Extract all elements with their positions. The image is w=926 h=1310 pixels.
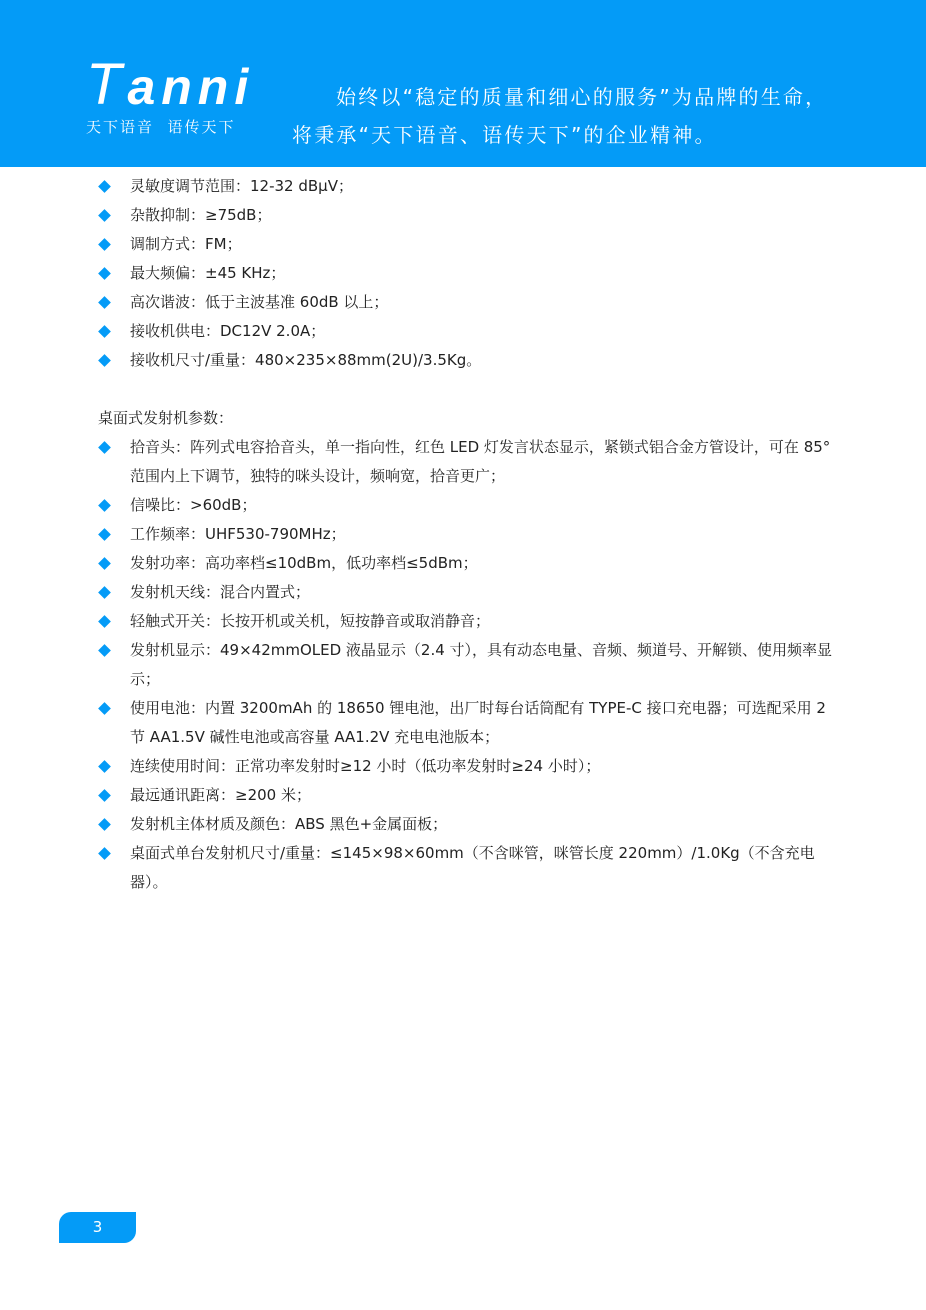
spec-item: 信噪比：>60dB；: [98, 491, 838, 520]
spec-text: 发射机天线：混合内置式；: [130, 583, 310, 601]
diamond-bullet-icon: [98, 789, 111, 802]
diamond-bullet-icon: [98, 818, 111, 831]
spec-text: 发射机主体材质及颜色：ABS 黑色+金属面板；: [130, 815, 447, 833]
diamond-bullet-icon: [98, 180, 111, 193]
spec-text: 最远通讯距离：≥200 米；: [130, 786, 311, 804]
spec-text: 工作频率：UHF530-790MHz；: [130, 525, 346, 543]
spec-text: 桌面式单台发射机尺寸/重量：≤145×98×60mm（不含咪管，咪管长度 220…: [130, 844, 815, 891]
diamond-bullet-icon: [98, 267, 111, 280]
diamond-bullet-icon: [98, 644, 111, 657]
spec-item: 发射机天线：混合内置式；: [98, 578, 838, 607]
diamond-bullet-icon: [98, 615, 111, 628]
spec-item: 最大频偏：±45 KHz；: [98, 259, 838, 288]
header-banner: Tanni 天下语音 语传天下 始终以“稳定的质量和细心的服务”为品牌的生命， …: [0, 0, 926, 167]
slogan-line-2: 将秉承“天下语音、语传天下”的企业精神。: [292, 119, 717, 148]
slogan-line-1: 始终以“稳定的质量和细心的服务”为品牌的生命，: [336, 81, 827, 110]
spec-text: 连续使用时间：正常功率发射时≥12 小时（低功率发射时≥24 小时）；: [130, 757, 600, 775]
spec-text: 接收机尺寸/重量：480×235×88mm(2U)/3.5Kg。: [130, 351, 481, 369]
spec-item: 发射机主体材质及颜色：ABS 黑色+金属面板；: [98, 810, 838, 839]
spec-text: 信噪比：>60dB；: [130, 496, 256, 514]
spec-text: 轻触式开关：长按开机或关机，短按静音或取消静音；: [130, 612, 490, 630]
spec-item: 最远通讯距离：≥200 米；: [98, 781, 838, 810]
logo-tagline: 天下语音 语传天下: [86, 116, 254, 137]
diamond-bullet-icon: [98, 586, 111, 599]
spec-item: 杂散抑制：≥75dB；: [98, 201, 838, 230]
diamond-bullet-icon: [98, 528, 111, 541]
spec-text: 发射功率：高功率档≤10dBm，低功率档≤5dBm；: [130, 554, 478, 572]
spec-text: 最大频偏：±45 KHz；: [130, 264, 285, 282]
diamond-bullet-icon: [98, 325, 111, 338]
brand-logo: Tanni 天下语音 语传天下: [86, 58, 254, 137]
spec-item: 发射功率：高功率档≤10dBm，低功率档≤5dBm；: [98, 549, 838, 578]
diamond-bullet-icon: [98, 760, 111, 773]
spec-item: 接收机供电：DC12V 2.0A；: [98, 317, 838, 346]
transmitter-spec-list: 拾音头：阵列式电容拾音头，单一指向性，红色 LED 灯发言状态显示，紧锁式铝合金…: [98, 433, 838, 897]
spec-item: 调制方式：FM；: [98, 230, 838, 259]
spec-item: 灵敏度调节范围：12-32 dBμV；: [98, 172, 838, 201]
spec-text: 使用电池：内置 3200mAh 的 18650 锂电池，出厂时每台话筒配有 TY…: [130, 699, 826, 746]
spec-item: 轻触式开关：长按开机或关机，短按静音或取消静音；: [98, 607, 838, 636]
spec-item: 拾音头：阵列式电容拾音头，单一指向性，红色 LED 灯发言状态显示，紧锁式铝合金…: [98, 433, 838, 491]
spec-item: 使用电池：内置 3200mAh 的 18650 锂电池，出厂时每台话筒配有 TY…: [98, 694, 838, 752]
diamond-bullet-icon: [98, 209, 111, 222]
diamond-bullet-icon: [98, 441, 111, 454]
diamond-bullet-icon: [98, 296, 111, 309]
logo-wordmark: Tanni: [86, 58, 254, 114]
diamond-bullet-icon: [98, 238, 111, 251]
diamond-bullet-icon: [98, 557, 111, 570]
logo-initial: T: [86, 52, 127, 117]
spec-text: 拾音头：阵列式电容拾音头，单一指向性，红色 LED 灯发言状态显示，紧锁式铝合金…: [130, 438, 830, 485]
spec-item: 工作频率：UHF530-790MHz；: [98, 520, 838, 549]
spec-item: 连续使用时间：正常功率发射时≥12 小时（低功率发射时≥24 小时）；: [98, 752, 838, 781]
spec-text: 调制方式：FM；: [130, 235, 242, 253]
spec-item: 高次谐波：低于主波基准 60dB 以上；: [98, 288, 838, 317]
spec-item: 桌面式单台发射机尺寸/重量：≤145×98×60mm（不含咪管，咪管长度 220…: [98, 839, 838, 897]
spec-item: 接收机尺寸/重量：480×235×88mm(2U)/3.5Kg。: [98, 346, 838, 375]
receiver-spec-list: 灵敏度调节范围：12-32 dBμV； 杂散抑制：≥75dB； 调制方式：FM；…: [98, 172, 838, 375]
spec-text: 发射机显示：49×42mmOLED 液晶显示（2.4 寸），具有动态电量、音频、…: [130, 641, 832, 688]
diamond-bullet-icon: [98, 499, 111, 512]
spec-content: 灵敏度调节范围：12-32 dBμV； 杂散抑制：≥75dB； 调制方式：FM；…: [98, 172, 838, 897]
spec-text: 灵敏度调节范围：12-32 dBμV；: [130, 177, 353, 195]
diamond-bullet-icon: [98, 847, 111, 860]
spec-item: 发射机显示：49×42mmOLED 液晶显示（2.4 寸），具有动态电量、音频、…: [98, 636, 838, 694]
spec-text: 杂散抑制：≥75dB；: [130, 206, 271, 224]
logo-rest: anni: [127, 59, 254, 115]
transmitter-section-title: 桌面式发射机参数：: [98, 404, 838, 433]
diamond-bullet-icon: [98, 702, 111, 715]
spec-text: 高次谐波：低于主波基准 60dB 以上；: [130, 293, 388, 311]
page-number-badge: 3: [59, 1212, 136, 1243]
diamond-bullet-icon: [98, 354, 111, 367]
spec-text: 接收机供电：DC12V 2.0A；: [130, 322, 325, 340]
